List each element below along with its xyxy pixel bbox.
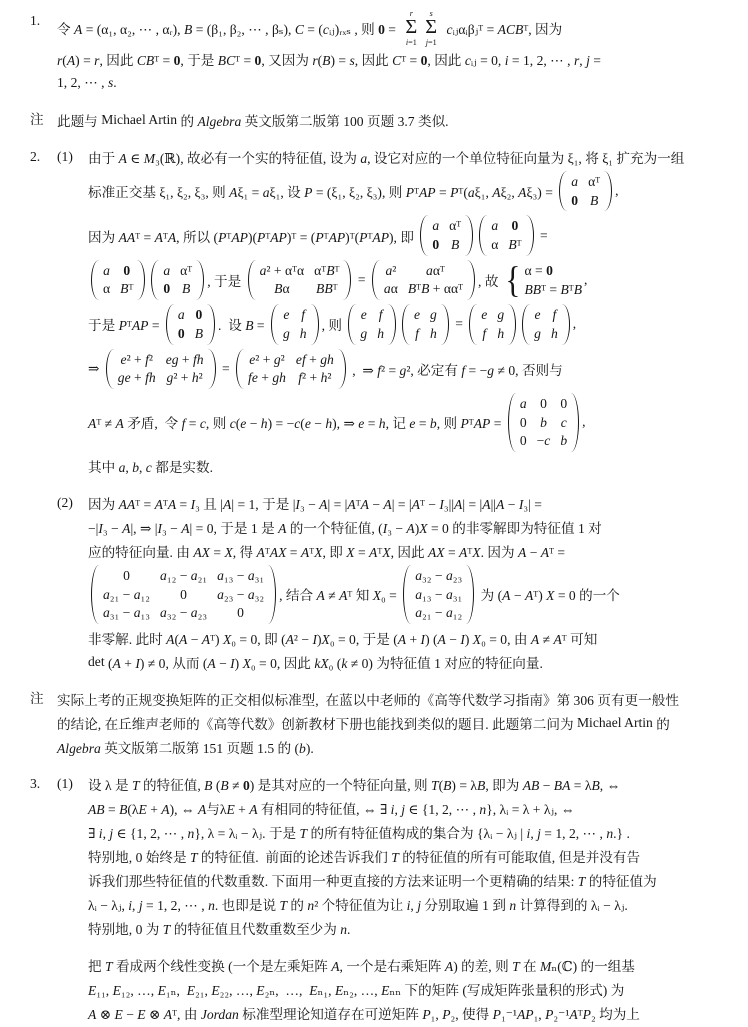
math-line: 的结论, 在丘维声老师的《高等代数》创新教材下册也能找到类似的题目. 此题第二问…	[57, 711, 740, 735]
text-run: 实际上考的正规变换矩阵的正交相似标准型, 在蓝以中老师的《高等代数学习指南》第 …	[57, 689, 679, 709]
math-line: 1, 2, ⋯ , s.	[57, 71, 740, 95]
text-run: 1, 2, ⋯ , s.	[57, 75, 117, 91]
matrix-grid: a00B	[175, 304, 206, 344]
matrix-cell: a	[163, 262, 170, 280]
matrix: egfh	[402, 304, 449, 344]
matrix: aαᵀ0B	[420, 215, 473, 255]
math-line: ∃ i, j ∈ {1, 2, ⋯ , n}, λ = λᵢ − λⱼ. 于是 …	[88, 820, 740, 844]
math-line: 诉我们那些特征值的代数重数. 下面用一种更直接的方法来证明一个更精确的结果: T…	[88, 868, 740, 892]
matrix-cell: h	[430, 325, 437, 343]
text-run: r(A) = r, 因此 CBᵀ = 0, 于是 BCᵀ = 0, 又因为 r(…	[57, 49, 601, 69]
text-run: 设 λ 是 T 的特征值, B (B ≠ 0) 是其对应的一个特征向量, 则 T…	[88, 774, 620, 794]
matrix-grid: a² + αᵀααᵀBᵀBαBBᵀ	[257, 260, 343, 300]
document-page: 1.令 A = (α₁, α₂, ⋯ , αᵣ), B = (β₁, β₂, ⋯…	[0, 0, 748, 1025]
matrix-cell: a² + αᵀα	[260, 262, 305, 280]
left-brace: {	[505, 264, 520, 295]
matrix: aαᵀ0B	[151, 260, 204, 300]
right-paren	[207, 304, 215, 344]
math-line: Algebra 英文版第二版第 151 页题 1.5 的 (b).	[57, 735, 740, 759]
left-paren	[91, 565, 99, 624]
upright-text-run: det	[88, 654, 105, 670]
paragraph: 由于 A ∈ M₃(ℝ), 故必有一个实的特征值, 设为 a, 设它对应的一个单…	[88, 145, 740, 478]
matrix-cell: 0	[512, 217, 519, 235]
cases-row: BBᵀ = BᵀB	[524, 280, 582, 299]
text-run: =	[354, 272, 368, 288]
left-paren	[271, 304, 279, 344]
right-paren	[441, 304, 449, 344]
matrix-cell: α	[491, 236, 498, 254]
matrix-cell: h	[497, 325, 504, 343]
text-run: =	[452, 316, 466, 332]
matrix: a0αBᵀ	[91, 260, 145, 300]
matrix-grid: a²aαᵀaαBᵀB + ααᵀ	[381, 260, 466, 300]
text-run: −|I₃ − A|, ⇒ |I₃ − A| = 0, 于是 1 是 A 的一个特…	[88, 517, 602, 537]
matrix-cell: 0	[163, 280, 170, 298]
left-paren	[479, 215, 487, 255]
matrix-cell: b	[540, 414, 547, 432]
matrix-cell: g	[360, 325, 367, 343]
matrix-cell: 0	[195, 306, 202, 324]
matrix-grid: efgh	[531, 304, 561, 344]
text-run: 因为 AAᵀ = AᵀA = I₃ 且 |A| = 1, 于是 |I₃ − A|…	[88, 493, 542, 513]
matrix-cell: Bᵀ	[120, 280, 133, 298]
text-run: 其中 a, b, c 都是实数.	[88, 456, 213, 476]
left-paren	[420, 215, 428, 255]
text-run: A ⊗ E − E ⊗ Aᵀ, 由 Jordan 标准型理论知道存在可逆矩阵 P…	[88, 1003, 640, 1023]
text-run: , 结合 A ≠ Aᵀ 知 X₀ =	[279, 584, 400, 604]
matrix-cell: αᵀ	[588, 173, 600, 191]
left-paren	[402, 304, 410, 344]
right-paren	[466, 565, 474, 624]
left-paren	[106, 349, 114, 389]
item-number: 1.	[30, 9, 57, 33]
math-line: 由于 A ∈ M₃(ℝ), 故必有一个实的特征值, 设为 a, 设它对应的一个单…	[88, 145, 740, 169]
text-run: 非零解. 此时 A(A − Aᵀ) X₀ = 0, 即 (A² − I)X₀ =…	[88, 628, 597, 648]
matrix-cell: g² + h²	[167, 369, 203, 387]
math-line: 此题与 Michael Artin 的 Algebra 英文版第二版第 100 …	[57, 108, 740, 132]
note-label: 注	[30, 108, 57, 132]
problem-block: 2.(1)由于 A ∈ M₃(ℝ), 故必有一个实的特征值, 设为 a, 设它对…	[30, 145, 740, 478]
note-block: 注此题与 Michael Artin 的 Algebra 英文版第二版第 100…	[30, 108, 740, 132]
matrix-cell: BᵀB + ααᵀ	[408, 280, 463, 298]
math-line: −|I₃ − A|, ⇒ |I₃ − A| = 0, 于是 1 是 A 的一个特…	[88, 515, 740, 539]
matrix-grid: 0a₁₂ − a₂₁a₁₃ − a₃₁a₂₁ − a₁₂0a₂₃ − a₃₂a₃…	[100, 565, 267, 624]
matrix-grid: aαᵀ0B	[429, 215, 464, 255]
matrix-cell: f	[415, 325, 419, 343]
double-summation: rΣi=1sΣj=1	[401, 9, 441, 47]
math-line: E₁₁, E₁₂, …, E₁ₙ, E₂₁, E₂₂, …, E₂ₙ, …, E…	[88, 977, 740, 1001]
matrix: 0a₁₂ − a₂₁a₁₃ − a₃₁a₂₁ − a₁₂0a₂₃ − a₃₂a₃…	[91, 565, 276, 624]
note-block: 注实际上考的正规变换矩阵的正交相似标准型, 在蓝以中老师的《高等代数学习指南》第…	[30, 687, 740, 759]
problem-block: 1.令 A = (α₁, α₂, ⋯ , αᵣ), B = (β₁, β₂, ⋯…	[30, 9, 740, 95]
cases-rows: α = 0BBᵀ = BᵀB	[524, 261, 582, 299]
matrix-cell: 0	[180, 586, 187, 604]
matrix: efgh	[522, 304, 570, 344]
math-line: 其中 a, b, c 都是实数.	[88, 454, 740, 478]
subitem-number: (2)	[57, 491, 88, 515]
matrix-grid: a0αBᵀ	[100, 260, 136, 300]
left-paren	[372, 260, 380, 300]
matrix-cell: a₁₃ − a₃₁	[415, 586, 462, 604]
paragraph: 令 A = (α₁, α₂, ⋯ , αᵣ), B = (β₁, β₂, ⋯ ,…	[57, 9, 740, 95]
text-run: 标准正交基 ξ₁, ξ₂, ξ₃, 则 Aξ₁ = aξ₁, 设 P = (ξ₁…	[88, 181, 556, 201]
matrix-cell: f	[552, 306, 556, 324]
text-run: 由于 A ∈ M₃(ℝ), 故必有一个实的特征值, 设为 a, 设它对应的一个单…	[88, 147, 684, 167]
math-line: 因为 AAᵀ = AᵀA, 所以 (PᵀAP)(PᵀAP)ᵀ = (PᵀAP)ᵀ…	[88, 213, 740, 257]
paragraph: 因为 AAᵀ = AᵀA = I₃ 且 |A| = 1, 于是 |I₃ − A|…	[88, 491, 740, 674]
math-line: 应的特征向量. 由 AX = X, 得 AᵀAX = AᵀX, 即 X = Aᵀ…	[88, 539, 740, 563]
text-run: 的	[653, 713, 670, 733]
right-paren	[562, 304, 570, 344]
math-line: 因为 AAᵀ = AᵀA = I₃ 且 |A| = 1, 于是 |I₃ − A|…	[88, 491, 740, 515]
math-line: A ⊗ E − E ⊗ Aᵀ, 由 Jordan 标准型理论知道存在可逆矩阵 P…	[88, 1001, 740, 1025]
matrix-cell: B	[451, 236, 459, 254]
math-line: 实际上考的正规变换矩阵的正交相似标准型, 在蓝以中老师的《高等代数学习指南》第 …	[57, 687, 740, 711]
cases-row: α = 0	[524, 261, 552, 280]
matrix-cell: b	[560, 432, 567, 450]
matrix-cell: 0	[571, 192, 578, 210]
right-paren	[338, 349, 346, 389]
matrix-cell: a	[491, 217, 498, 235]
left-paren	[522, 304, 530, 344]
matrix: e² + g²ef + ghfe + ghf² + h²	[236, 349, 346, 389]
problem-block: 3.(1)设 λ 是 T 的特征值, B (B ≠ 0) 是其对应的一个特征向量…	[30, 772, 740, 940]
right-paren	[137, 260, 145, 300]
matrix: egfh	[469, 304, 516, 344]
matrix-cell: f	[379, 306, 383, 324]
text-run: AB = B(λE + A), ⇔ A与λE + A 有相同的特征值, ⇔ ∃ …	[88, 798, 574, 818]
matrix-cell: g	[283, 325, 290, 343]
right-paren	[508, 304, 516, 344]
right-paren	[467, 260, 475, 300]
matrix: e² + f²eg + fhge + fhg² + h²	[106, 349, 216, 389]
left-paren	[248, 260, 256, 300]
right-paren	[465, 215, 473, 255]
left-paren	[469, 304, 477, 344]
matrix-grid: a0αBᵀ	[488, 215, 524, 255]
matrix: a0αBᵀ	[479, 215, 533, 255]
matrix-cell: −c	[537, 432, 551, 450]
text-run: 的 Algebra 英文版第二版第 100 页题 3.7 类似.	[177, 110, 449, 130]
math-line: AB = B(λE + A), ⇔ A与λE + A 有相同的特征值, ⇔ ∃ …	[88, 796, 740, 820]
matrix-cell: e	[535, 306, 541, 324]
matrix: efgh	[271, 304, 319, 344]
text-run: 令 A = (α₁, α₂, ⋯ , αᵣ), B = (β₁, β₂, ⋯ ,…	[57, 18, 399, 38]
text-run: Aᵀ ≠ A 矛盾, 令 f = c, 则 c(e − h) = −c(e − …	[88, 412, 505, 432]
matrix-cell: aα	[384, 280, 398, 298]
matrix-grid: aαᵀ0B	[160, 260, 195, 300]
summation-sigma: rΣi=1	[405, 9, 417, 47]
matrix-cell: fe + gh	[248, 369, 286, 387]
right-paren	[196, 260, 204, 300]
text-run: ,	[582, 414, 585, 430]
matrix-cell: ef + gh	[296, 351, 334, 369]
matrix-grid: e² + f²eg + fhge + fhg² + h²	[115, 349, 207, 389]
sum-lower-limit: j=1	[426, 38, 437, 47]
matrix-cell: Bα	[274, 280, 289, 298]
matrix-cell: αᵀ	[449, 217, 461, 235]
matrix-cell: Bᵀ	[508, 236, 521, 254]
matrix-cell: e	[283, 306, 289, 324]
text-run: 诉我们那些特征值的代数重数. 下面用一种更直接的方法来证明一个更精确的结果: T…	[88, 870, 657, 890]
text-run: ,	[584, 272, 587, 288]
matrix-grid: a000bc0−cb	[517, 393, 570, 452]
text-run: λᵢ − λⱼ, i, j = 1, 2, ⋯ , n. 也即是说 T 的 n²…	[88, 894, 628, 914]
text-run: E₁₁, E₁₂, …, E₁ₙ, E₂₁, E₂₂, …, E₂ₙ, …, E…	[88, 979, 624, 999]
matrix-cell: 0	[540, 395, 547, 413]
text-run: Algebra 英文版第二版第 151 页题 1.5 的 (b).	[57, 737, 314, 757]
text-run: 此题与	[57, 110, 101, 130]
math-line: ⇒ e² + f²eg + fhge + fhg² + h² = e² + g²…	[88, 347, 740, 391]
math-line: 于是 PᵀAP = a00B. 设 B = efgh, 则 efghegfh =…	[88, 302, 740, 346]
math-line: det (A + I) ≠ 0, 从而 (A − I) X₀ = 0, 因此 k…	[88, 650, 740, 674]
matrix-cell: 0	[520, 414, 527, 432]
matrix-grid: aαᵀ0B	[568, 171, 603, 211]
text-run: cᵢⱼαᵢβⱼᵀ = ACBᵀ, 因为	[443, 18, 562, 38]
paragraph: 设 λ 是 T 的特征值, B (B ≠ 0) 是其对应的一个特征向量, 则 T…	[88, 772, 740, 940]
left-paren	[91, 260, 99, 300]
matrix: aαᵀ0B	[559, 171, 612, 211]
matrix-cell: f	[482, 325, 486, 343]
matrix-cell: g	[430, 306, 437, 324]
text-run: =	[219, 361, 233, 377]
right-paren	[343, 260, 351, 300]
math-line: 非零解. 此时 A(A − Aᵀ) X₀ = 0, 即 (A² − I)X₀ =…	[88, 626, 740, 650]
matrix-grid: egfh	[411, 304, 440, 344]
math-line: a0αBᵀaαᵀ0B, 于是 a² + αᵀααᵀBᵀBαBBᵀ = a²aαᵀ…	[88, 258, 740, 302]
text-run: =	[537, 228, 548, 244]
matrix: a00B	[166, 304, 215, 344]
math-line: r(A) = r, 因此 CBᵀ = 0, 于是 BCᵀ = 0, 又因为 r(…	[57, 47, 740, 71]
matrix-cell: αᵀ	[180, 262, 192, 280]
left-paren	[151, 260, 159, 300]
math-line: 设 λ 是 T 的特征值, B (B ≠ 0) 是其对应的一个特征向量, 则 T…	[88, 772, 740, 796]
left-paren	[348, 304, 356, 344]
matrix-cell: a₁₂ − a₂₁	[160, 567, 207, 585]
text-run: 于是 PᵀAP =	[88, 314, 163, 334]
subitem-number: (1)	[57, 145, 88, 169]
matrix-cell: a	[432, 217, 439, 235]
matrix-cell: B	[590, 192, 598, 210]
text-run: , 故	[478, 270, 502, 290]
matrix-cell: ge + fh	[118, 369, 156, 387]
paragraph: 实际上考的正规变换矩阵的正交相似标准型, 在蓝以中老师的《高等代数学习指南》第 …	[57, 687, 740, 759]
text-run: 因为 AAᵀ = AᵀA, 所以 (PᵀAP)(PᵀAP)ᵀ = (PᵀAP)ᵀ…	[88, 226, 417, 246]
right-paren	[268, 565, 276, 624]
matrix-cell: a₃₁ − a₁₃	[103, 604, 150, 622]
math-document: 1.令 A = (α₁, α₂, ⋯ , αᵣ), B = (β₁, β₂, ⋯…	[30, 9, 740, 1025]
matrix-cell: e	[414, 306, 420, 324]
problem-block: 把 T 看成两个线性变换 (一个是左乘矩阵 A, 一个是右乘矩阵 A) 的差, …	[30, 953, 740, 1025]
matrix-cell: 0	[178, 325, 185, 343]
text-run: 应的特征向量. 由 AX = X, 得 AᵀAX = AᵀX, 即 X = Aᵀ…	[88, 541, 565, 561]
matrix-cell: g	[534, 325, 541, 343]
note-label: 注	[30, 687, 57, 711]
matrix-cell: a	[103, 262, 110, 280]
matrix-cell: f	[301, 306, 305, 324]
text-run: 的结论, 在丘维声老师的《高等代数》创新教材下册也能找到类似的题目. 此题第二问…	[57, 713, 577, 733]
text-run: ,	[615, 183, 618, 199]
text-run: 特别地, 0 为 T 的特征值且代数重数至少为 n.	[88, 918, 350, 938]
right-paren	[571, 393, 579, 452]
sum-lower-limit: i=1	[406, 38, 417, 47]
matrix-cell: h	[300, 325, 307, 343]
matrix-cell: αᵀBᵀ	[314, 262, 339, 280]
math-line: 把 T 看成两个线性变换 (一个是左乘矩阵 A, 一个是右乘矩阵 A) 的差, …	[88, 953, 740, 977]
matrix: a₃₂ − a₂₃a₁₃ − a₃₁a₂₁ − a₁₂	[403, 565, 474, 624]
matrix-cell: e² + f²	[121, 351, 153, 369]
matrix-cell: 0	[123, 567, 130, 585]
matrix-cell: a	[571, 173, 578, 191]
matrix-cell: eg + fh	[166, 351, 204, 369]
cases-group: {α = 0BBᵀ = BᵀB	[504, 261, 582, 299]
matrix-grid: efgh	[357, 304, 387, 344]
left-paren	[403, 565, 411, 624]
summation-sigma: sΣj=1	[425, 9, 437, 47]
math-line: 令 A = (α₁, α₂, ⋯ , αᵣ), B = (β₁, β₂, ⋯ ,…	[57, 9, 740, 47]
matrix: efgh	[348, 304, 396, 344]
matrix-grid: efgh	[280, 304, 310, 344]
math-line: 标准正交基 ξ₁, ξ₂, ξ₃, 则 Aξ₁ = aξ₁, 设 P = (ξ₁…	[88, 169, 740, 213]
math-line: 特别地, 0 为 T 的特征值且代数重数至少为 n.	[88, 916, 740, 940]
matrix: a² + αᵀααᵀBᵀBαBBᵀ	[248, 260, 352, 300]
text-run: 特别地, 0 始终是 T 的特征值. 前面的论述告诉我们 T 的特征值的所有可能…	[88, 846, 640, 866]
upright-text-run: Michael Artin	[101, 112, 177, 128]
text-run: ⇒	[88, 361, 103, 377]
sigma-symbol: Σ	[405, 18, 417, 37]
right-paren	[208, 349, 216, 389]
math-line: λᵢ − λⱼ, i, j = 1, 2, ⋯ , n. 也即是说 T 的 n²…	[88, 892, 740, 916]
matrix-cell: BBᵀ	[316, 280, 338, 298]
matrix-cell: 0	[432, 236, 439, 254]
matrix-cell: B	[182, 280, 190, 298]
matrix-cell: a₃₂ − a₂₃	[415, 567, 462, 585]
matrix-cell: c	[561, 414, 567, 432]
text-run: , ⇒ f² = g², 必定有 f = −g ≠ 0, 否则与	[349, 359, 563, 379]
math-line: Aᵀ ≠ A 矛盾, 令 f = c, 则 c(e − h) = −c(e − …	[88, 391, 740, 454]
right-paren	[526, 215, 534, 255]
matrix-cell: a₂₁ − a₁₂	[103, 586, 150, 604]
sigma-symbol: Σ	[425, 18, 437, 37]
problem-block: (2)因为 AAᵀ = AᵀA = I₃ 且 |A| = 1, 于是 |I₃ −…	[30, 491, 740, 674]
math-line: 0a₁₂ − a₂₁a₁₃ − a₃₁a₂₁ − a₁₂0a₂₃ − a₃₂a₃…	[88, 563, 740, 626]
text-run: ∃ i, j ∈ {1, 2, ⋯ , n}, λ = λᵢ − λⱼ. 于是 …	[88, 822, 630, 842]
matrix-cell: a	[178, 306, 185, 324]
matrix-grid: e² + g²ef + ghfe + ghf² + h²	[245, 349, 337, 389]
matrix-cell: 0	[560, 395, 567, 413]
right-paren	[311, 304, 319, 344]
text-run: (A + I) ≠ 0, 从而 (A − I) X₀ = 0, 因此 kX₀ (…	[105, 652, 543, 672]
matrix-grid: a₃₂ − a₂₃a₁₃ − a₃₁a₂₁ − a₁₂	[412, 565, 465, 624]
right-paren	[388, 304, 396, 344]
matrix-cell: a	[520, 395, 527, 413]
matrix-cell: g	[497, 306, 504, 324]
matrix-cell: a₁₃ − a₃₁	[217, 567, 264, 585]
matrix-cell: e	[361, 306, 367, 324]
matrix-cell: h	[551, 325, 558, 343]
text-run: ,	[573, 316, 576, 332]
text-run: , 则	[322, 314, 346, 334]
matrix-grid: egfh	[478, 304, 507, 344]
text-run: 把 T 看成两个线性变换 (一个是左乘矩阵 A, 一个是右乘矩阵 A) 的差, …	[88, 955, 635, 975]
left-paren	[559, 171, 567, 211]
math-line: 特别地, 0 始终是 T 的特征值. 前面的论述告诉我们 T 的特征值的所有可能…	[88, 844, 740, 868]
matrix: a000bc0−cb	[508, 393, 579, 452]
matrix-cell: 0	[123, 262, 130, 280]
text-run: 为 (A − Aᵀ) X = 0 的一个	[477, 584, 620, 604]
matrix-cell: h	[377, 325, 384, 343]
item-number: 2.	[30, 145, 57, 169]
matrix-cell: f² + h²	[298, 369, 331, 387]
subitem-number: (1)	[57, 772, 88, 796]
matrix-cell: e	[481, 306, 487, 324]
left-paren	[166, 304, 174, 344]
matrix-cell: aαᵀ	[426, 262, 445, 280]
matrix-cell: 0	[520, 432, 527, 450]
paragraph: 把 T 看成两个线性变换 (一个是左乘矩阵 A, 一个是右乘矩阵 A) 的差, …	[88, 953, 740, 1025]
item-number: 3.	[30, 772, 57, 796]
matrix-cell: 0	[237, 604, 244, 622]
left-paren	[508, 393, 516, 452]
matrix-cell: a₃₂ − a₂₃	[160, 604, 207, 622]
matrix-cell: a²	[385, 262, 396, 280]
paragraph: 此题与 Michael Artin 的 Algebra 英文版第二版第 100 …	[57, 108, 740, 132]
text-run: , 于是	[207, 270, 244, 290]
matrix-cell: B	[195, 325, 203, 343]
left-paren	[236, 349, 244, 389]
upright-text-run: Michael Artin	[577, 715, 653, 731]
matrix: a²aαᵀaαBᵀB + ααᵀ	[372, 260, 475, 300]
text-run: . 设 B =	[218, 314, 268, 334]
right-paren	[604, 171, 612, 211]
matrix-cell: a₂₁ − a₁₂	[415, 604, 462, 622]
matrix-cell: α	[103, 280, 110, 298]
matrix-cell: e² + g²	[249, 351, 284, 369]
matrix-cell: a₂₃ − a₃₂	[217, 586, 264, 604]
